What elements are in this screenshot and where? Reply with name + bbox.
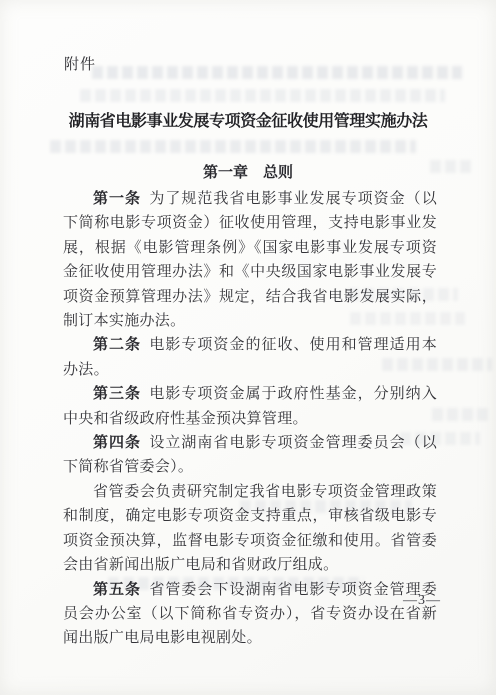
article-number: 第一条 [93,191,141,207]
document-body: 第一条为了规范我省电影事业发展专项资金（以下简称电影专项资金）征收使用管理，支持… [63,187,437,651]
bleedthrough-line [92,66,462,79]
article-number: 第三条 [93,386,141,402]
article-paragraph: 第四条设立湖南省电影专项资金管理委员会（以下简称省管委会）。 [63,431,437,480]
article-paragraph: 第五条省管委会下设湖南省电影专项资金管理委员会办公室（以下简称省专资办），省专资… [63,578,437,651]
bleedthrough-line [80,89,445,102]
bleedthrough-line [432,408,492,421]
page-number: —3— [403,593,441,609]
article-paragraph: 第三条电影专项资金属于政府性基金，分别纳入中央和省级政府性基金预决算管理。 [63,382,437,431]
bleedthrough-line [50,140,416,153]
article-number: 第二条 [93,337,141,353]
article-number: 第四条 [93,435,141,451]
article-number: 第五条 [93,582,141,598]
article-paragraph: 第一条为了规范我省电影事业发展专项资金（以下简称电影专项资金）征收使用管理，支持… [63,187,437,333]
article-text: 省管委会负责研究制定我省电影专项资金管理政策和制度，确定电影专项资金支持重点，审… [63,484,437,573]
article-text: 为了规范我省电影事业发展专项资金（以下简称电影专项资金）征收使用管理，支持电影事… [63,191,437,329]
article-paragraph: 省管委会负责研究制定我省电影专项资金管理政策和制度，确定电影专项资金支持重点，审… [63,480,437,578]
attachment-label: 附件 [64,53,96,74]
chapter-heading: 第一章 总则 [0,161,496,182]
scanned-document-page: 附件 湖南省电影事业发展专项资金征收使用管理实施办法 第一章 总则 第一条为了规… [0,0,496,695]
article-paragraph: 第二条电影专项资金的征收、使用和管理适用本办法。 [63,333,437,382]
document-title: 湖南省电影事业发展专项资金征收使用管理实施办法 [30,108,466,131]
